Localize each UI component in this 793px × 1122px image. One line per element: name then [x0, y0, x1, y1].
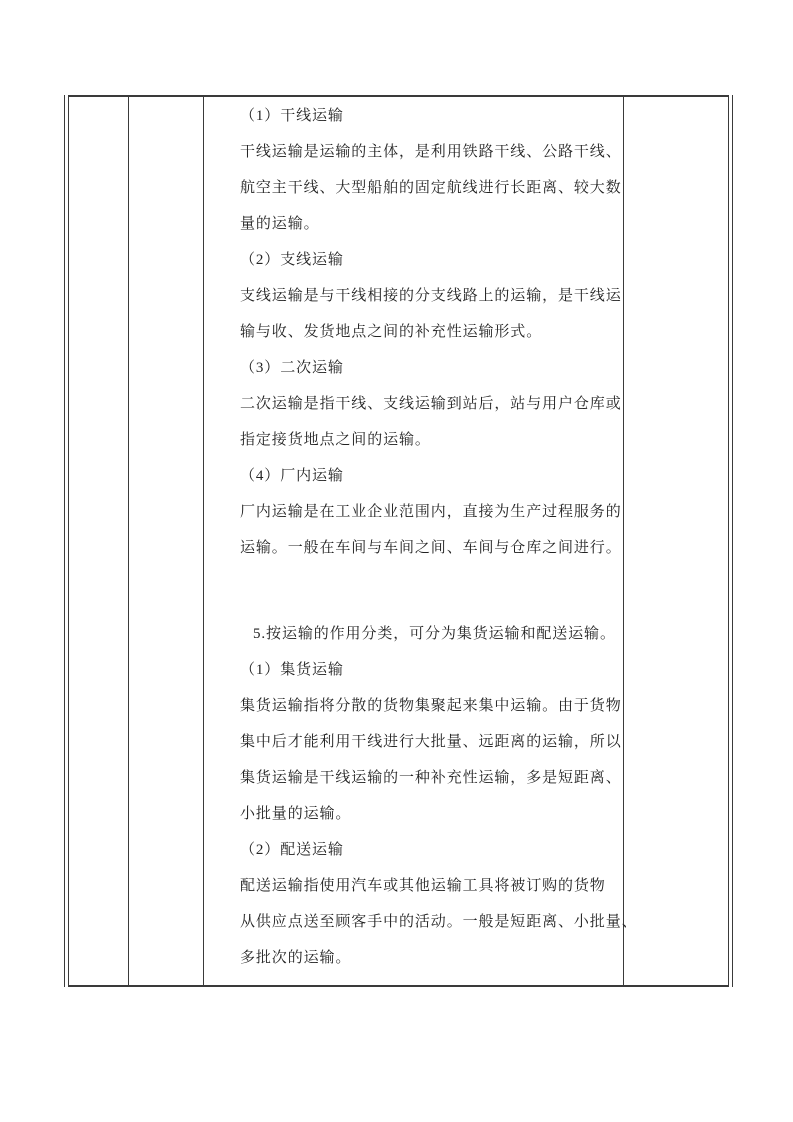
text-line: 配送运输指使用汽车或其他运输工具将被订购的货物 — [240, 868, 619, 904]
text-line: 小批量的运输。 — [240, 796, 619, 832]
text-line: 指定接货地点之间的运输。 — [240, 422, 619, 458]
text-line: 厂内运输是在工业企业范围内，直接为生产过程服务的 — [240, 494, 619, 530]
table-cell-empty-left-1 — [69, 97, 129, 985]
section-heading: （2）配送运输 — [240, 832, 619, 868]
text-line: 航空主干线、大型船舶的固定航线进行长距离、较大数 — [240, 170, 619, 206]
numbered-paragraph: 5.按运输的作用分类，可分为集货运输和配送运输。 — [253, 616, 619, 652]
text-line: 支线运输是与干线相接的分支线路上的运输，是干线运 — [240, 278, 619, 314]
document-page: （1）干线运输 干线运输是运输的主体，是利用铁路干线、公路干线、 航空主干线、大… — [0, 0, 793, 1122]
text-line: 运输。一般在车间与车间之间、车间与仓库之间进行。 — [240, 530, 619, 566]
text-line: 集货运输是干线运输的一种补充性运输，多是短距离、 — [240, 760, 619, 796]
text-line: 输与收、发货地点之间的补充性运输形式。 — [240, 314, 619, 350]
table-cell-empty-right — [624, 97, 728, 985]
text-line: 量的运输。 — [240, 206, 619, 242]
text-line: 从供应点送至顾客手中的活动。一般是短距离、小批量、 — [240, 904, 619, 940]
content-table: （1）干线运输 干线运输是运输的主体，是利用铁路干线、公路干线、 航空主干线、大… — [64, 95, 733, 987]
text-line: 多批次的运输。 — [240, 940, 619, 976]
blank-line — [240, 566, 619, 616]
section-heading: （1）集货运输 — [240, 652, 619, 688]
section-heading: （3）二次运输 — [240, 350, 619, 386]
text-line: 集中后才能利用干线进行大批量、远距离的运输，所以 — [240, 724, 619, 760]
text-line: 二次运输是指干线、支线运输到站后，站与用户仓库或 — [240, 386, 619, 422]
section-heading: （4）厂内运输 — [240, 458, 619, 494]
section-heading: （1）干线运输 — [240, 98, 619, 134]
text-line: 干线运输是运输的主体，是利用铁路干线、公路干线、 — [240, 134, 619, 170]
text-line: 集货运输指将分散的货物集聚起来集中运输。由于货物 — [240, 688, 619, 724]
content-table-inner: （1）干线运输 干线运输是运输的主体，是利用铁路干线、公路干线、 航空主干线、大… — [68, 95, 729, 987]
section-heading: （2）支线运输 — [240, 242, 619, 278]
table-cell-content: （1）干线运输 干线运输是运输的主体，是利用铁路干线、公路干线、 航空主干线、大… — [204, 97, 624, 985]
table-cell-empty-left-2 — [129, 97, 204, 985]
